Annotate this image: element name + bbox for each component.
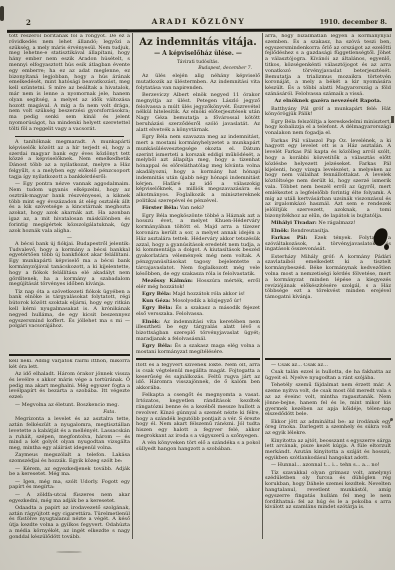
paragraph: ltött és a fegyvert szívének lökte. Nem … (136, 363, 260, 392)
paragraph: Felkapta a csengőt és megnyomta a vasat.… (136, 393, 260, 439)
scan-mark (390, 418, 393, 421)
feuilleton-rule (136, 358, 260, 360)
paragraph: Egry Béla nem szavazza meg az indemnitás… (136, 135, 260, 205)
paragraph: Az ülés elején alig néhány képviselő mut… (136, 74, 260, 91)
scan-smudge (56, 551, 82, 553)
scan-mark (0, 6, 4, 21)
dialogue-line: — Hunnal... azonnal t... i... tehn s... … (265, 463, 391, 469)
paragraph: Farkas Pál válaszol Pap Oz. levelének, a… (265, 139, 391, 220)
paragraph: Csak talán ezzel is hullotta, de ha fakh… (265, 370, 391, 382)
interjection-line: Mihályi Tivadar: Ne rágalmazz! (265, 221, 391, 227)
column-left-feuilleton: kell neki. Addig várjátok ráírni itthon,… (9, 359, 130, 542)
column-middle-news: Az indemnitás vitája. — A képviselőház ü… (136, 34, 260, 356)
column-left: tott részéről borítanák föl a rongyot. D… (9, 34, 130, 548)
column-middle-feuilleton: ltött és a fegyvert szívének lökte. Nem … (136, 363, 260, 546)
column-left-news: tott részéről borítanák föl a rongyot. D… (9, 34, 130, 352)
paragraph: Esterházy Mihály gróf: A kormány Pádári … (265, 255, 391, 301)
interjection-line: Egry Béla: És a szakasz maga elég volna … (136, 344, 260, 356)
ink-blot (384, 244, 389, 250)
dialogue-line: — Kérem, az egyezkedjenek tovább. Adják … (9, 467, 130, 479)
paragraph: Egry Béla megköszönte többé a Háznak azt… (136, 214, 260, 278)
column-divider (132, 33, 133, 539)
page-header: 2 ARADI KÖZLÖNY 1910. december 8. (10, 17, 387, 28)
interjection-line: Mezőssy Kálmán: Hosszúra mérték, erről e… (136, 279, 260, 291)
column-middle: Az indemnitás vitája. — A képviselőház ü… (136, 34, 260, 548)
paragraph: Az idő elhaladt. Három órakor jönnek vis… (9, 372, 130, 401)
article-body: Az ülés elején alig néhány képviselő mut… (136, 74, 260, 356)
issue-date: 1910. december 8. (320, 18, 387, 26)
dialogue-line: — A zöldfa-utcai füszeres nem akar egyez… (9, 493, 130, 505)
paragraph: Ekkor jött az admináltal be: az irodának… (265, 420, 391, 437)
article-subhead: — A képviselőház ülése. — (136, 51, 260, 58)
interjection-line: Elnök: Az indemnitási vita keretében nem… (136, 320, 260, 343)
paragraph: A bécsi bank új fiókjai. Budapestről jel… (9, 242, 130, 288)
paragraph: Tíz nap óta a szövetkezeti fiókok ügyébe… (9, 290, 130, 331)
column-right-news: arra, hogy bizalmatlan legyen a kormányn… (265, 34, 391, 356)
paragraph: Odaadta a papírt az irodavezető szolgána… (9, 506, 130, 541)
feuilleton-rule (265, 358, 391, 360)
column-right: arra, hogy bizalmatlan legyen a kormányn… (265, 34, 391, 548)
scan-mark (391, 116, 394, 123)
article-kicker: Távirati tudósítás. (136, 60, 260, 65)
paragraph: Megrizonta a levelet és az asztalra tett… (9, 417, 130, 452)
paragraph: A tanítóknak megmaradt. A munkapárti kép… (9, 140, 130, 181)
dialogue-line: — Megvolna az életunt. Boszkencio meg. (9, 403, 130, 409)
column-divider (262, 33, 263, 539)
item-rule (15, 136, 124, 138)
paragraph: Zaymeus megszólalt a telefon. Lakása szo… (9, 453, 130, 465)
paragraph: Batthyány Pál gróf a munkapárt felé: Hát… (265, 107, 391, 119)
paragraph: A vén könyveken tört elő a szándéka s a … (136, 441, 260, 453)
header-rule (7, 28, 392, 32)
paragraph: Tíz szavakkal olyan grimasz volt, amelyn… (265, 471, 391, 512)
paragraph: Tehetély szemű fájdalmat nem érzett már.… (265, 383, 391, 418)
paragraph: Berzeviczy Albert elnök negyed 11 órakor… (136, 93, 260, 134)
paragraph: tott részéről borítanák föl a rongyot. D… (9, 34, 130, 133)
paragraph: Egry Béla felszólítja a kereskedelmi min… (265, 120, 391, 137)
signature: Fata. (9, 410, 130, 416)
centered-line: Az elnöknek gazéra nevezését Rapota. (265, 99, 391, 105)
dialogue-line: — Egy pontra nézve vannak aggodalmaim. N… (9, 182, 130, 234)
column-right-feuilleton: — Csak az... Csak az...Csak talán ezzel … (265, 363, 391, 546)
feuilleton-rule (9, 354, 130, 356)
article-headline: Az indemnitás vitája. (136, 37, 260, 49)
newspaper-page: 2 ARADI KÖZLÖNY 1910. december 8. tott r… (0, 0, 395, 570)
interjection-line: Egry Béla: És a szakasz a második fejeze… (136, 306, 260, 318)
interjection-line: Farkas Pál: Ezek tények. Folytatja a szó… (265, 236, 391, 253)
interjection-line: Förster Béla: Van neki? (136, 206, 260, 212)
article-dateline: Budapest, december 7. (136, 66, 260, 71)
interjection-line: Egry Béla: Majd hozzátok róla akkor is! (136, 292, 260, 298)
interjection-line: Elnök: Rendreutasítja. (265, 229, 391, 235)
paragraph: arra, hogy bizalmatlan legyen a kormányn… (265, 34, 391, 98)
dialogue-line: — Csak az... Csak az... (265, 363, 391, 369)
paragraph: Kinyitotta az ajtót, beosszant s egyszer… (265, 439, 391, 462)
paragraph: kell neki. Addig várjátok ráírni itthon,… (9, 359, 130, 371)
dialogue-line: — Igen, még ma, szólt Udorly. Fogott egy… (9, 480, 130, 492)
